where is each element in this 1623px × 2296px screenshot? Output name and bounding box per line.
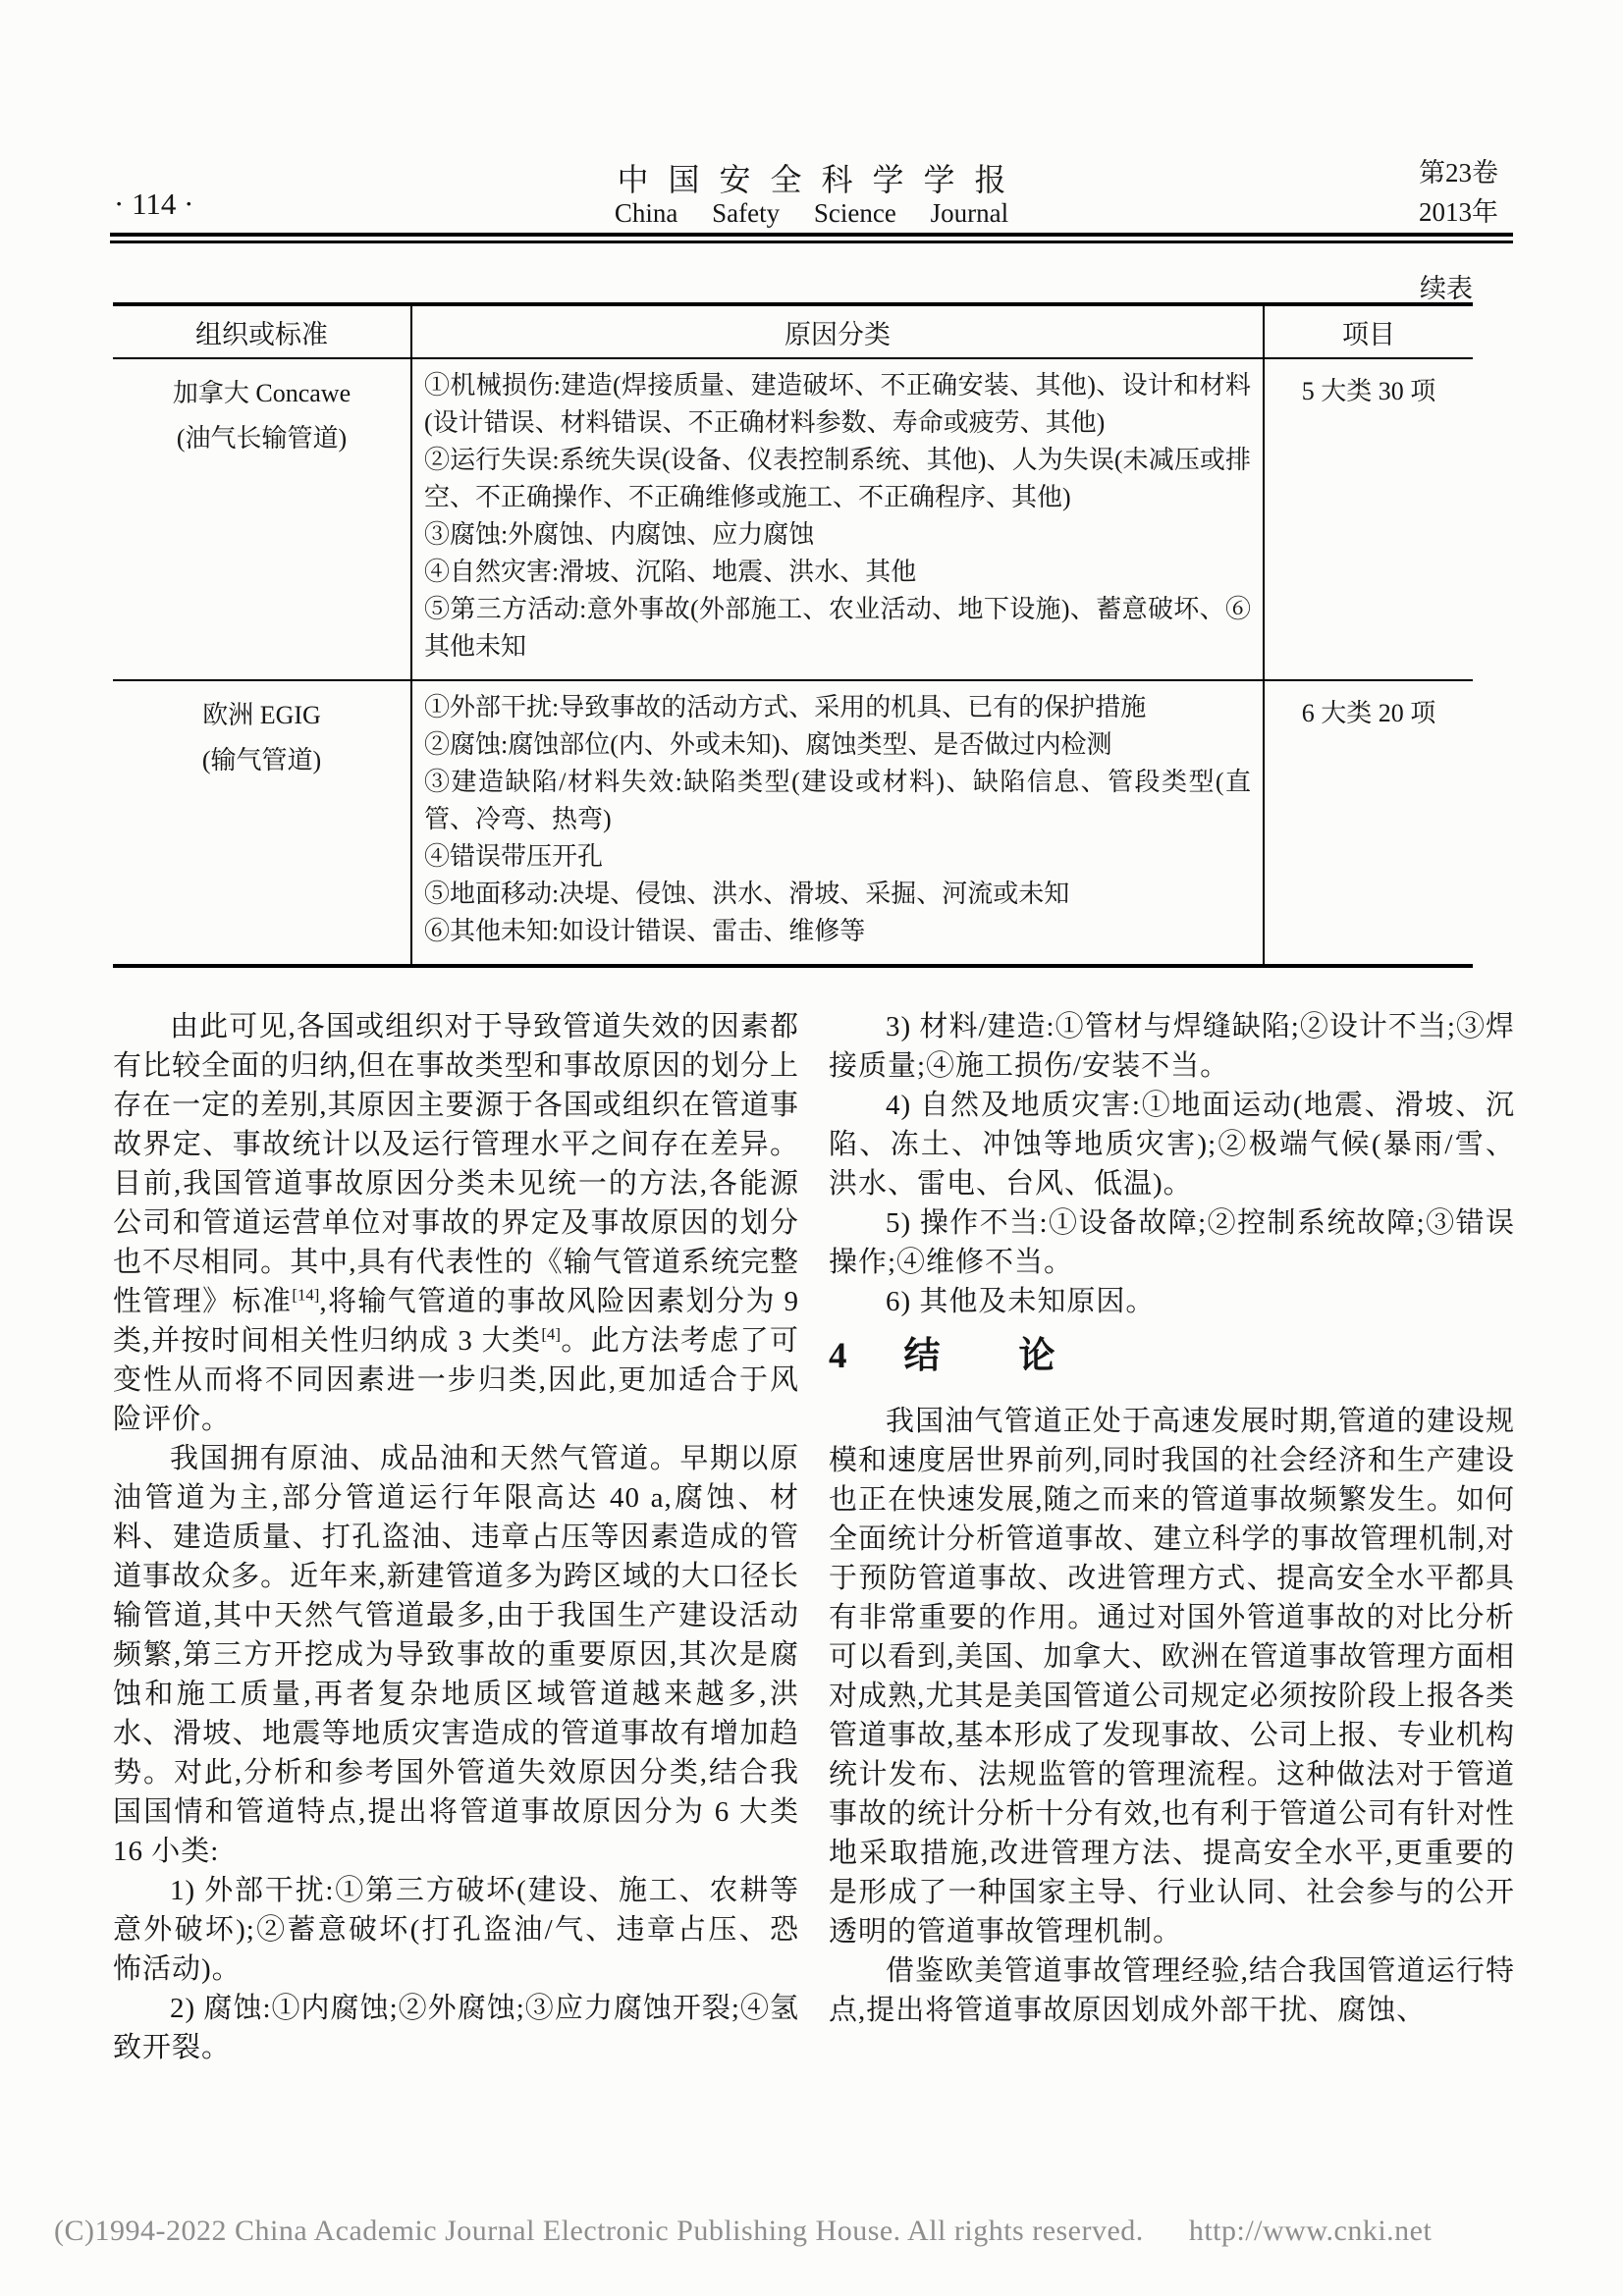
body-paragraph: 6) 其他及未知原因。 bbox=[829, 1282, 1515, 1321]
causes-cell: ①外部干扰:导致事故的活动方式、采用的机具、已有的保护措施②腐蚀:腐蚀部位(内、… bbox=[411, 680, 1264, 966]
cause-item: ④自然灾害:滑坡、沉陷、地震、洪水、其他 bbox=[424, 554, 1251, 591]
column-header-cause-classification: 原因分类 bbox=[411, 304, 1264, 358]
items-count-cell: 5 大类 30 项 bbox=[1264, 358, 1473, 680]
column-header-items: 项目 bbox=[1264, 304, 1473, 358]
copyright-text: (C)1994-2022 China Academic Journal Elec… bbox=[54, 2215, 1144, 2247]
cause-item: ④错误带压开孔 bbox=[424, 838, 1251, 876]
cause-item: ⑤地面移动:决堤、侵蚀、洪水、滑坡、采掘、河流或未知 bbox=[424, 876, 1251, 913]
column-header-organization: 组织或标准 bbox=[113, 304, 411, 358]
page-header: · 114 · 中国安全科学学报 China Safety Science Jo… bbox=[0, 0, 1623, 302]
journal-page: · 114 · 中国安全科学学报 China Safety Science Jo… bbox=[0, 0, 1623, 2296]
table-row: 加拿大 Concawe(油气长输管道)①机械损伤:建造(焊接质量、建造破坏、不正… bbox=[113, 358, 1473, 680]
organization-line: 欧洲 EGIG bbox=[119, 693, 405, 738]
items-count-cell: 6 大类 20 项 bbox=[1264, 680, 1473, 966]
body-paragraph: 由此可见,各国或组织对于导致管道失效的因素都有比较全面的归纳,但在事故类型和事故… bbox=[113, 1007, 799, 1439]
causes-cell: ①机械损伤:建造(焊接质量、建造破坏、不正确安装、其他)、设计和材料(设计错误、… bbox=[411, 358, 1264, 680]
left-column: 由此可见,各国或组织对于导致管道失效的因素都有比较全面的归纳,但在事故类型和事故… bbox=[113, 1007, 799, 2067]
organization-line: (油气长输管道) bbox=[119, 416, 405, 461]
cause-item: ②腐蚀:腐蚀部位(内、外或未知)、腐蚀类型、是否做过内检测 bbox=[424, 726, 1251, 764]
body-paragraph: 2) 腐蚀:①内腐蚀;②外腐蚀;③应力腐蚀开裂;④氢致开裂。 bbox=[113, 1989, 799, 2067]
cause-item: ②运行失误:系统失误(设备、仪表控制系统、其他)、人为失误(未减压或排空、不正确… bbox=[424, 442, 1251, 516]
body-paragraph: 我国拥有原油、成品油和天然气管道。早期以原油管道为主,部分管道运行年限高达 40… bbox=[113, 1439, 799, 1871]
cause-item: ①外部干扰:导致事故的活动方式、采用的机具、已有的保护措施 bbox=[424, 689, 1251, 726]
cause-classification-table: 组织或标准 原因分类 项目 加拿大 Concawe(油气长输管道)①机械损伤:建… bbox=[113, 302, 1473, 968]
table-header-row: 组织或标准 原因分类 项目 bbox=[113, 304, 1473, 358]
organization-line: (输气管道) bbox=[119, 738, 405, 783]
page-footer: (C)1994-2022 China Academic Journal Elec… bbox=[54, 2215, 1527, 2248]
body-paragraph: 借鉴欧美管道事故管理经验,结合我国管道运行特点,提出将管道事故原因划成外部干扰、… bbox=[829, 1951, 1515, 2030]
body-paragraph: 4) 自然及地质灾害:①地面运动(地震、滑坡、沉陷、冻土、冲蚀等地质灾害);②极… bbox=[829, 1086, 1515, 1203]
table-continued-label: 续表 bbox=[1420, 267, 1473, 305]
organization-cell: 加拿大 Concawe(油气长输管道) bbox=[113, 358, 411, 680]
body-paragraph: 3) 材料/建造:①管材与焊缝缺陷;②设计不当;③焊接质量;④施工损伤/安装不当… bbox=[829, 1007, 1515, 1086]
section-number: 4 bbox=[829, 1336, 849, 1376]
footer-url: http://www.cnki.net bbox=[1189, 2215, 1433, 2247]
table-row: 欧洲 EGIG(输气管道)①外部干扰:导致事故的活动方式、采用的机具、已有的保护… bbox=[113, 680, 1473, 966]
organization-cell: 欧洲 EGIG(输气管道) bbox=[113, 680, 411, 966]
volume-year-block: 第23卷 2013年 bbox=[1419, 153, 1498, 232]
cause-item: ③腐蚀:外腐蚀、内腐蚀、应力腐蚀 bbox=[424, 516, 1251, 554]
body-paragraph: 5) 操作不当:①设备故障;②控制系统故障;③错误操作;④维修不当。 bbox=[829, 1203, 1515, 1282]
journal-title-cn: 中国安全科学学报 bbox=[0, 155, 1623, 200]
cause-item: ①机械损伤:建造(焊接质量、建造破坏、不正确安装、其他)、设计和材料(设计错误、… bbox=[424, 367, 1251, 442]
body-paragraph: 我国油气管道正处于高速发展时期,管道的建设规模和速度居世界前列,同时我国的社会经… bbox=[829, 1402, 1515, 1951]
body-columns: 由此可见,各国或组织对于导致管道失效的因素都有比较全面的归纳,但在事故类型和事故… bbox=[113, 1007, 1515, 2067]
right-column: 3) 材料/建造:①管材与焊缝缺陷;②设计不当;③焊接质量;④施工损伤/安装不当… bbox=[829, 1007, 1515, 2067]
section-heading: 4结 论 bbox=[829, 1337, 1515, 1376]
body-paragraph: 1) 外部干扰:①第三方破坏(建设、施工、农耕等意外破坏);②蓄意破坏(打孔盗油… bbox=[113, 1871, 799, 1989]
year-label: 2013年 bbox=[1419, 192, 1498, 232]
organization-line: 加拿大 Concawe bbox=[119, 371, 405, 416]
cause-item: ⑤第三方活动:意外事故(外部施工、农业活动、地下设施)、蓄意破坏、⑥其他未知 bbox=[424, 591, 1251, 666]
cause-item: ③建造缺陷/材料失效:缺陷类型(建设或材料)、缺陷信息、管段类型(直管、冷弯、热… bbox=[424, 764, 1251, 838]
cause-item: ⑥其他未知:如设计错误、雷击、维修等 bbox=[424, 913, 1251, 950]
header-rule bbox=[110, 233, 1513, 243]
section-title: 结 论 bbox=[904, 1336, 1057, 1376]
journal-title-en: China Safety Science Journal bbox=[0, 198, 1623, 229]
page-content: 组织或标准 原因分类 项目 加拿大 Concawe(油气长输管道)①机械损伤:建… bbox=[113, 302, 1515, 2067]
volume-label: 第23卷 bbox=[1419, 153, 1498, 192]
